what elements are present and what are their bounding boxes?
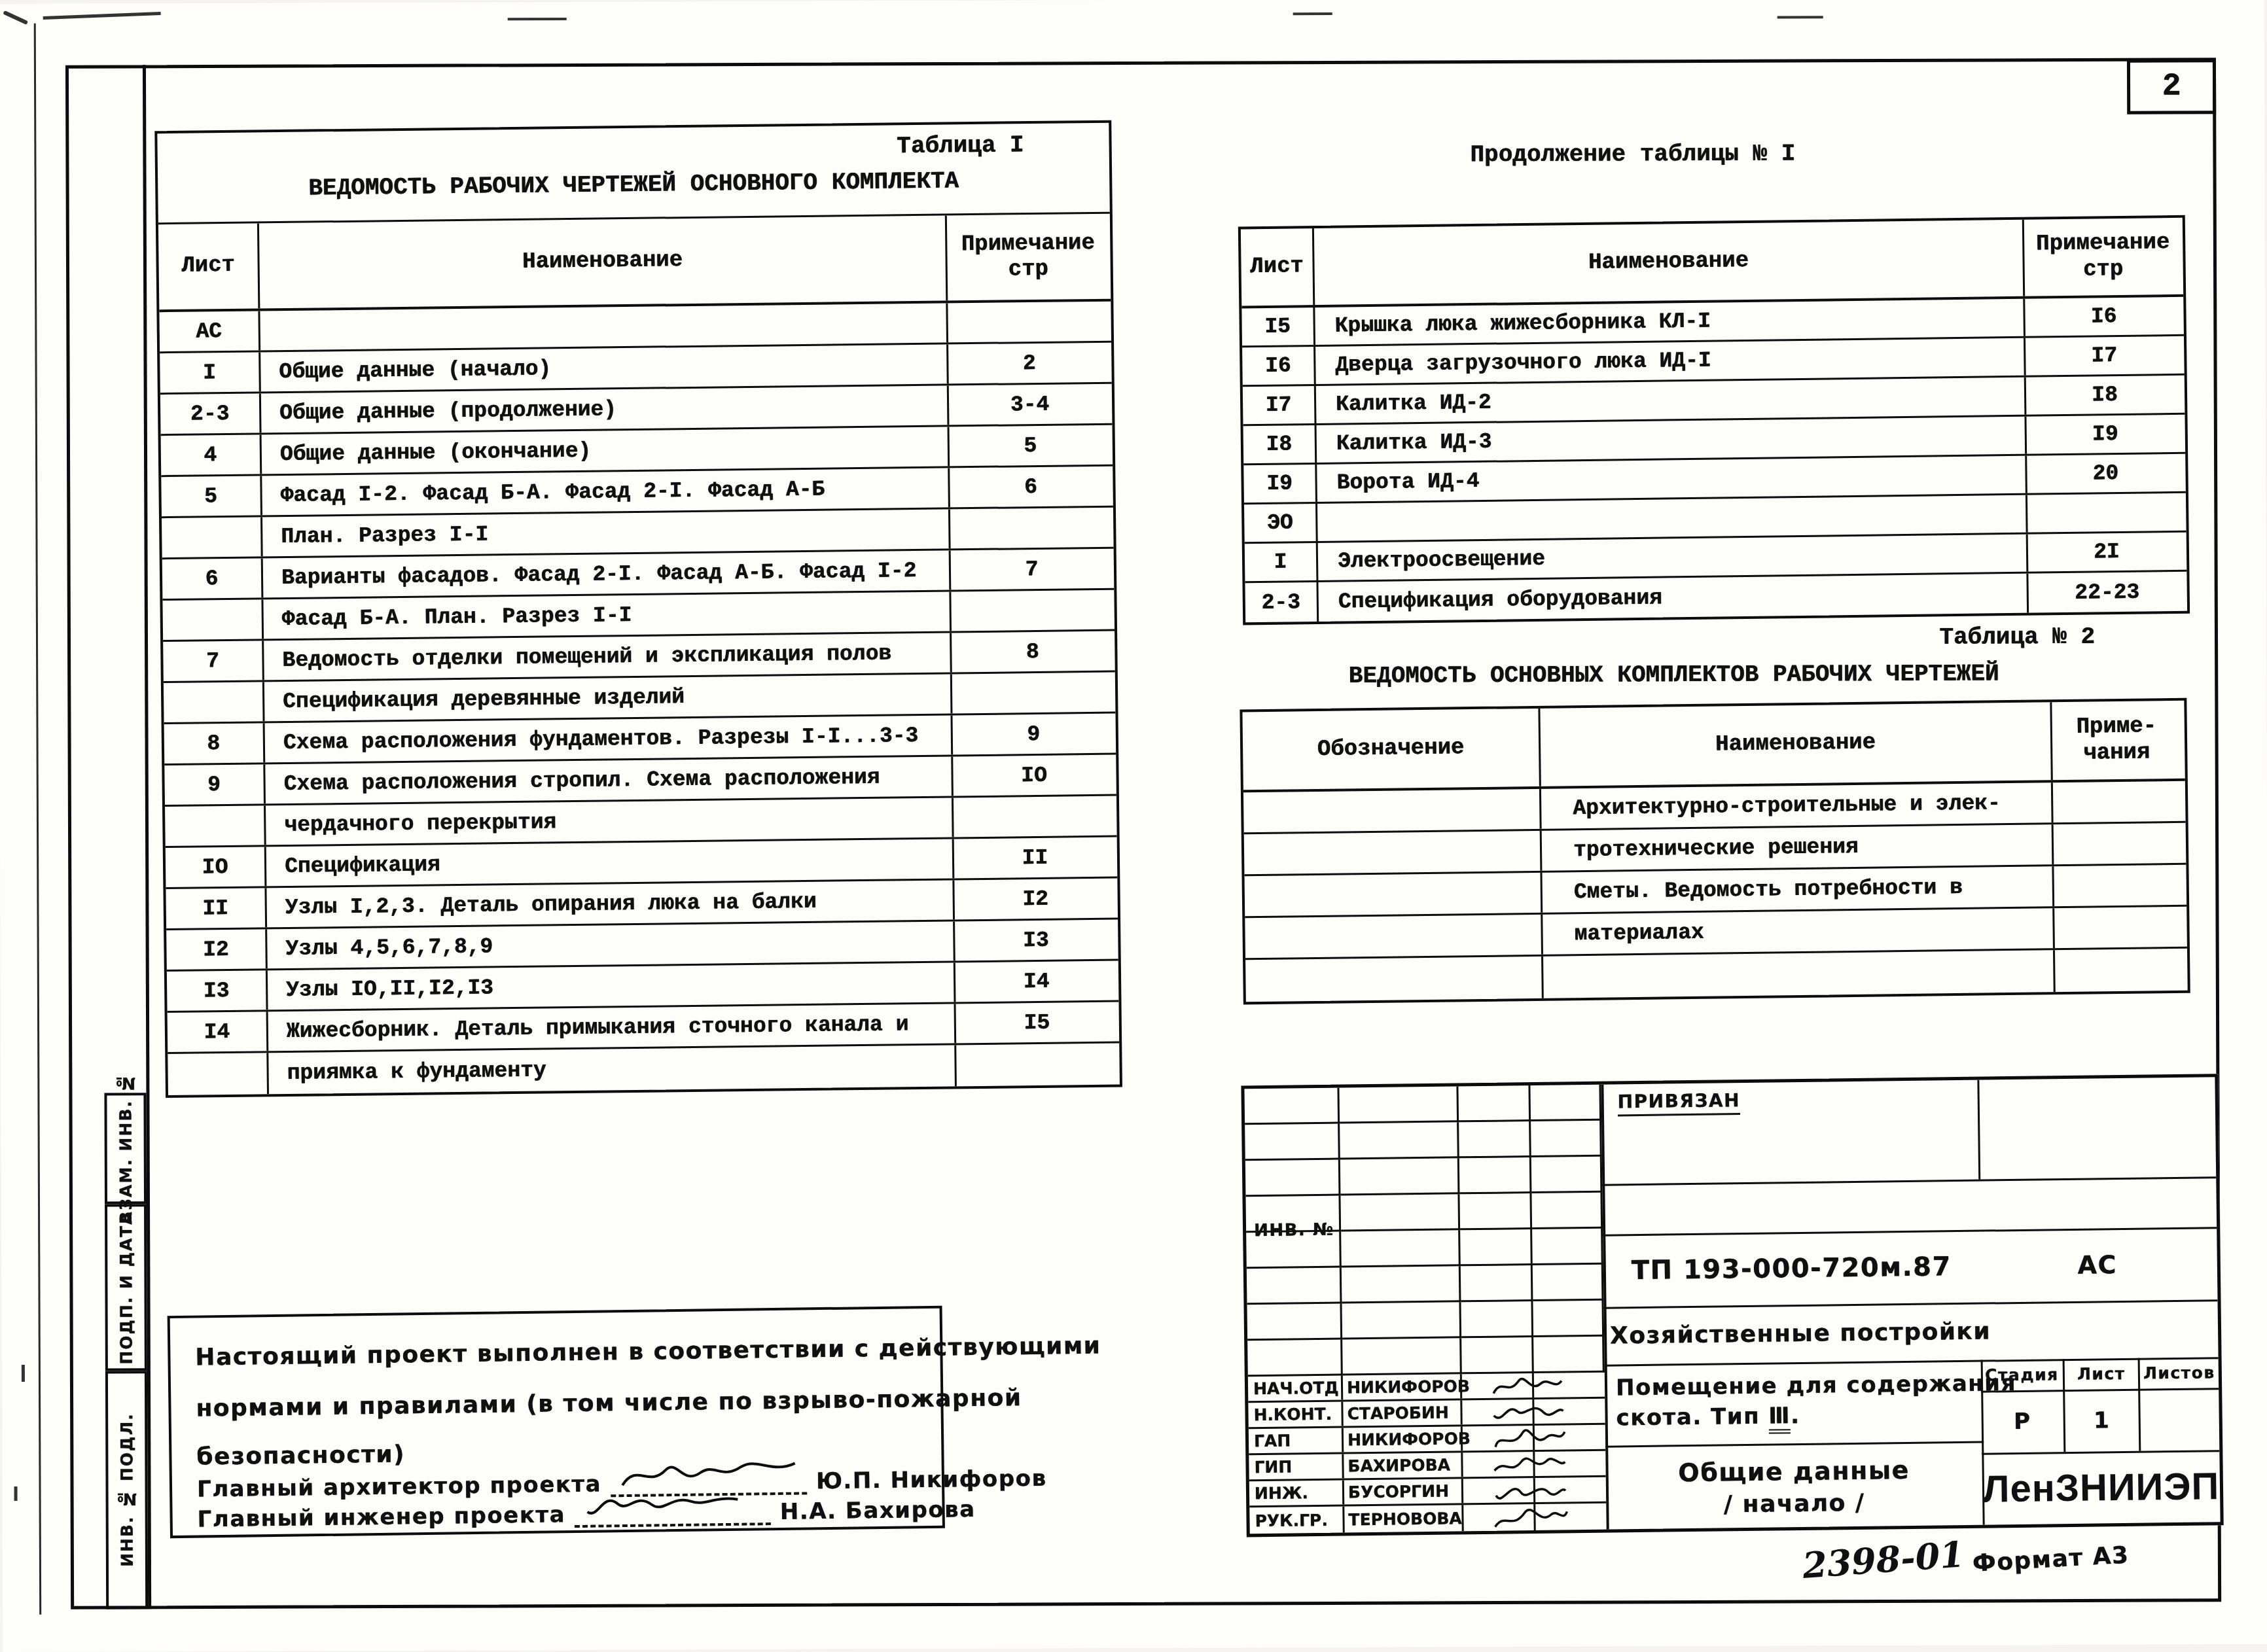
table-cell-name: БУСОРГИН <box>1344 1479 1463 1504</box>
column-header-note: Примечание стр <box>947 214 1109 301</box>
table1-continuation: Лист Наименование Примечание стр I5Крышк… <box>1238 215 2190 625</box>
table1-cont-body: I5Крышка люка жижесборника КЛ-II6I6Дверц… <box>1241 297 2187 623</box>
table-cell-name: НИКИФОРОВ <box>1344 1426 1463 1452</box>
table-cell-designation <box>1245 873 1543 917</box>
scan-artifact <box>508 18 567 20</box>
stage-header: Стадия <box>1981 1359 2063 1391</box>
table-cell-note: I2 <box>954 879 1116 920</box>
stamp-signature-table: НАЧ.ОТДНИКИФОРОВН.КОНТ.СТАРОБИНГАПНИКИФО… <box>1248 1373 1607 1534</box>
table-cell-note <box>2054 823 2183 864</box>
table-cell-name: Спецификация оборудования <box>1318 574 2029 622</box>
table1-caption-band: Таблица I ВЕДОМОСТЬ РАБОЧИХ ЧЕРТЕЖЕЙ ОСН… <box>157 123 1109 224</box>
table-cell-note: 5 <box>950 425 1112 466</box>
inventory-number-label: ИНВ. № <box>1254 1220 1334 1240</box>
column-header-designation: Обозначение <box>1242 709 1541 790</box>
table-cell-name: ТЕРНОВОВА <box>1344 1505 1463 1532</box>
signature-scribble <box>1464 1425 1595 1452</box>
table-cell-name: Спецификация <box>266 839 955 886</box>
table-cell-role: НАЧ.ОТД <box>1248 1376 1343 1401</box>
revision-grid-cell <box>1244 1088 1340 1125</box>
table2-caption: Таблица № 2 <box>1240 623 2187 653</box>
table-cell-name: Ведомость отделки помещений и экспликаци… <box>264 633 952 680</box>
column-header-sheet: Лист <box>1241 228 1315 306</box>
table-cell-note: 2I <box>2028 533 2186 572</box>
drawing-sheet: 2 ВЗАМ. ИНВ. № ПОДП. И ДАТА ИНВ. № ПОДЛ.… <box>0 0 2267 1648</box>
tied-label: ПРИВЯЗАН <box>1618 1089 1741 1116</box>
sheet-header: Лист <box>2065 1358 2139 1390</box>
table1-caption: Таблица I <box>897 132 1024 160</box>
table-cell-note: 8 <box>952 631 1114 673</box>
object-title-line2: скота. Тип Ⅲ. <box>1616 1403 1800 1431</box>
sidebar-label: ВЗАМ. ИНВ. № <box>116 1073 135 1224</box>
table-row: ИНЖ.БУСОРГИН <box>1249 1477 1606 1508</box>
table-cell-note <box>950 508 1113 549</box>
revision-grid-cell <box>1340 1194 1460 1231</box>
table-cell-sheet: ЭО <box>1244 504 1318 542</box>
revision-grid-cell <box>1530 1085 1601 1121</box>
page-number-box: 2 <box>2127 59 2216 114</box>
column-header-note-line1: Примечание <box>2036 230 2170 258</box>
sidebar-label: ИНВ. № ПОДЛ. <box>117 1413 137 1568</box>
table-cell-designation <box>1244 831 1543 875</box>
table-cell-note <box>2054 907 2183 948</box>
column-header-sheet: Лист <box>158 223 260 309</box>
project-note-block: Настоящий проект выполнен в соответствии… <box>168 1306 945 1538</box>
table-cell-sheet: 2-3 <box>160 393 262 434</box>
table-cell-note: 22-23 <box>2028 572 2186 613</box>
revision-grid-cell <box>1342 1266 1461 1303</box>
column-header-note-line2: стр <box>1008 257 1048 283</box>
revision-grid-cell <box>1339 1086 1459 1123</box>
revision-grid-cell <box>1531 1121 1602 1157</box>
organization-name: ЛенЗНИИЭП <box>1982 1450 2220 1524</box>
table-row: РУК.ГР.ТЕРНОВОВА <box>1249 1503 1606 1534</box>
signature-scribble <box>1465 1477 1596 1505</box>
table-cell-name: Фасад I-2. Фасад Б-А. Фасад 2-I. Фасад А… <box>262 468 950 515</box>
note-line: безопасности) <box>196 1441 405 1470</box>
revision-grid-cell <box>1533 1337 1605 1373</box>
table-cell-name: План. Разрез I-I <box>262 509 951 556</box>
table-cell-sheet: I2 <box>166 929 268 970</box>
table-cell-sheet: I8 <box>1243 425 1317 463</box>
table-cell-name <box>1543 950 2056 998</box>
revision-grid-cell <box>1247 1268 1342 1305</box>
table-cell-note <box>2053 781 2182 822</box>
revision-grid-cell <box>1531 1193 1603 1229</box>
revision-grid-cell <box>1461 1301 1533 1338</box>
table-cell-name: Общие данные (продолжение) <box>261 385 950 432</box>
table-cell-sheet: I9 <box>1243 465 1317 502</box>
revision-grid-cell <box>1459 1193 1532 1230</box>
table-cell-sheet: I5 <box>1241 308 1315 345</box>
revision-grid-cell <box>1342 1302 1461 1339</box>
table-cell-sig <box>1463 1478 1535 1503</box>
revision-grid-cell <box>1533 1301 1604 1337</box>
table-cell-sheet: I <box>1245 543 1319 581</box>
object-title-line1: Помещение для содержания <box>1616 1370 2016 1401</box>
table-cell-name: материалах <box>1543 908 2055 955</box>
object-title-line2-suffix: . <box>1791 1403 1800 1429</box>
table-cell-sheet: II <box>166 888 267 928</box>
table-cell-sheet: I3 <box>167 970 268 1011</box>
chief-engineer-name: Н.А. Бахирова <box>780 1496 976 1525</box>
table-cell-name: Общие данные (начало) <box>260 344 949 391</box>
table-cell-designation <box>1245 957 1544 1002</box>
chief-engineer-label: Главный инженер проекта <box>197 1502 565 1532</box>
column-header-note: Примечание стр <box>2024 218 2182 296</box>
table-cell-note: 7 <box>951 549 1113 590</box>
column-header-name: Наименование <box>1314 220 2025 305</box>
table2-title: ВЕДОМОСТЬ ОСНОВНЫХ КОМПЛЕКТОВ РАБОЧИХ ЧЕ… <box>1200 660 2147 690</box>
revision-grid-cell <box>1531 1157 1603 1193</box>
table-cell-name: Сметы. Ведомость потребности в <box>1542 866 2054 913</box>
column-header-name: Наименование <box>1540 702 2052 786</box>
signature-line <box>575 1496 772 1528</box>
revision-grid-cell <box>1461 1265 1533 1302</box>
revision-grid-cell <box>1245 1160 1341 1197</box>
table-cell-sheet: 2-3 <box>1245 582 1319 622</box>
table-cell-note: I9 <box>2026 415 2184 454</box>
table-cell-note: 9 <box>953 714 1115 755</box>
column-header-note-line1: Приме- <box>2076 714 2156 741</box>
table-cell-sheet: 8 <box>164 723 266 764</box>
table-cell-note: I5 <box>956 1002 1118 1044</box>
column-header-note-line2: стр <box>2083 256 2124 283</box>
stamp-divider <box>1602 1176 2216 1186</box>
table-cell-sheet <box>164 682 265 722</box>
table-cell-name: Электроосвещение <box>1318 535 2029 580</box>
revision-grid-cell <box>1533 1265 1604 1301</box>
table-cell-designation <box>1243 789 1542 833</box>
table-cell-name: Узлы I,2,3. Деталь опирания люка на балк… <box>266 880 955 927</box>
table-cell-name: Дверца загрузочного люка ИД-I <box>1315 338 2026 384</box>
table-cell-sheet: I6 <box>1242 347 1316 385</box>
table-cell-note <box>954 796 1116 837</box>
table-cell-note: I7 <box>2026 336 2183 376</box>
table1-cont-caption: Продолжение таблицы № I <box>1238 139 2185 169</box>
scan-artifact <box>1293 12 1332 15</box>
column-header-note: Приме- чания <box>2052 701 2181 780</box>
table-cell-sheet: I7 <box>1243 386 1317 424</box>
table-cell-note: 3-4 <box>949 384 1111 425</box>
table-row: ГИПБАХИРОВА <box>1249 1451 1605 1482</box>
table-cell-sheet <box>168 1053 269 1095</box>
table-cell-sheet: 5 <box>161 476 262 516</box>
table-cell-name: СТАРОБИН <box>1343 1400 1462 1426</box>
table-cell-name: БАХИРОВА <box>1344 1452 1463 1478</box>
table-cell-name: Узлы 4,5,6,7,8,9 <box>267 921 955 968</box>
table-cell-role: РУК.ГР. <box>1249 1507 1344 1534</box>
stamp-divider <box>1977 1080 1980 1180</box>
table-cell-note <box>2027 493 2185 533</box>
table-cell-name: Фасад Б-А. План. Разрез I-I <box>263 591 952 639</box>
column-header-note-line2: чания <box>2083 740 2151 766</box>
table-cell-note: I6 <box>2025 297 2183 336</box>
chief-architect-label: Главный архитектор проекта <box>197 1471 601 1502</box>
table2-header-row: Обозначение Наименование Приме- чания <box>1242 701 2185 793</box>
table-cell-name: Калитка ИД-3 <box>1317 417 2027 463</box>
table-cell-name: приямка к фундаменту <box>268 1045 957 1094</box>
table2-body: Архитектурно-строительные и элек-тротехн… <box>1243 781 2188 1002</box>
table-cell-role: ИНЖ. <box>1249 1481 1344 1506</box>
table-cell-sig <box>1463 1452 1535 1477</box>
table-cell-sheet: 4 <box>161 434 262 475</box>
table-cell-note: IO <box>953 755 1115 796</box>
table-cell-sheet: 9 <box>164 764 266 805</box>
table-cell-note: 2 <box>948 343 1111 384</box>
table1-body: АСIОбщие данные (начало)22-3Общие данные… <box>159 302 1119 1095</box>
scan-artifact <box>43 12 161 20</box>
table-cell-sheet: I4 <box>168 1011 269 1052</box>
signature-scribble <box>1464 1451 1595 1479</box>
table-cell-name: Спецификация деревянные изделий <box>264 674 953 721</box>
sheets-header: Листов <box>2140 1357 2219 1388</box>
sidebar-box-podp-data: ПОДП. И ДАТА <box>105 1204 147 1371</box>
table-cell-role: ГАП <box>1249 1428 1344 1454</box>
column-header-note-line1: Примечание <box>961 231 1095 258</box>
table2-main-sets: Обозначение Наименование Приме- чания Ар… <box>1240 698 2190 1005</box>
table-row: НАЧ.ОТДНИКИФОРОВ <box>1248 1373 1605 1403</box>
scan-artifact <box>22 1365 25 1382</box>
revision-grid-cell <box>1459 1157 1532 1194</box>
revision-grid-cell <box>1458 1085 1531 1122</box>
table-cell-name: Схема расположения стропил. Схема распол… <box>265 756 954 803</box>
table-cell-name: НИКИФОРОВ <box>1343 1374 1462 1399</box>
table-cell-name: Узлы IO,II,I2,I3 <box>268 962 956 1010</box>
revision-grid-cell <box>1459 1121 1531 1158</box>
page-number: 2 <box>2162 69 2181 104</box>
revision-grid-cell <box>1247 1340 1343 1377</box>
table-cell-note <box>951 590 1113 631</box>
revision-grid-cell <box>1461 1337 1534 1374</box>
revision-grid-cell <box>1245 1124 1340 1161</box>
sidebar-box-inv-podl: ИНВ. № ПОДЛ. <box>105 1371 148 1609</box>
sheets-value <box>2140 1388 2219 1450</box>
signature-scribble <box>1463 1399 1594 1426</box>
stage-value: Р <box>1981 1390 2063 1453</box>
table1-cont-header-row: Лист Наименование Примечание стр <box>1241 218 2183 309</box>
object-title-line2-prefix: скота. Тип <box>1616 1403 1768 1432</box>
table-cell-note: I8 <box>2026 376 2184 415</box>
table-cell-name: Ворота ИД-4 <box>1317 456 2027 502</box>
revision-grid-cell <box>1340 1158 1460 1195</box>
table-cell-note: 20 <box>2027 454 2185 493</box>
table-cell-note: I3 <box>955 920 1117 961</box>
table-cell-note: 6 <box>950 466 1112 508</box>
table-cell-sheet: 6 <box>162 558 264 599</box>
table-cell-sheet <box>162 517 263 557</box>
table-cell-name: Схема расположения фундаментов. Разрезы … <box>265 715 954 762</box>
revision-grid-cell <box>1340 1122 1459 1159</box>
document-code: ТП 193-000-720м.87 <box>1603 1230 1980 1307</box>
table1-title: ВЕДОМОСТЬ РАБОЧИХ ЧЕРТЕЖЕЙ ОСНОВНОГО КОМ… <box>158 166 1109 203</box>
table-cell-note <box>2055 949 2184 992</box>
table1-working-drawings: Таблица I ВЕДОМОСТЬ РАБОЧИХ ЧЕРТЕЖЕЙ ОСН… <box>154 120 1122 1098</box>
table-cell-name <box>260 303 948 350</box>
table-cell-name: Крышка люка жижесборника КЛ-I <box>1315 299 2026 345</box>
table-cell-note <box>2054 865 2183 906</box>
table-cell-name: тротехнические решения <box>1542 824 2054 871</box>
table-cell-note: II <box>954 837 1116 879</box>
signature-scribble <box>1463 1373 1594 1400</box>
table-cell-name: Жижесборник. Деталь примыкания сточного … <box>268 1004 957 1051</box>
table-cell-name <box>1317 495 2028 541</box>
table-cell-sheet <box>165 805 266 846</box>
page-edge-line <box>34 24 41 1615</box>
table1-header-row: Лист Наименование Примечание стр <box>158 214 1111 312</box>
table-cell-name: Калитка ИД-2 <box>1316 378 2027 423</box>
table-cell-sheet: I <box>160 352 261 393</box>
table-cell-name: чердачного перекрытия <box>266 798 954 845</box>
table-cell-sig <box>1463 1426 1535 1450</box>
table-cell-note <box>948 302 1110 343</box>
table-cell-sheet <box>162 599 264 640</box>
revision-grid-cell <box>1341 1230 1461 1267</box>
table-cell-note <box>952 673 1115 714</box>
revision-grid-cell <box>1460 1229 1533 1266</box>
revision-grid-cell <box>1247 1304 1342 1341</box>
sheet-value: 1 <box>2065 1389 2139 1452</box>
object-title-roman: Ⅲ <box>1768 1403 1791 1433</box>
table-cell-role: Н.КОНТ. <box>1248 1402 1343 1428</box>
project-title: Хозяйственные постройки <box>1604 1302 1997 1364</box>
sidebar-box-vzam-inv: ВЗАМ. ИНВ. № <box>104 1093 147 1204</box>
sheet-title-line2: / начало / <box>1606 1483 1983 1524</box>
scan-artifact <box>1777 16 1823 18</box>
revision-grid-cell <box>1532 1229 1603 1265</box>
table-row: Н.КОНТ.СТАРОБИН <box>1248 1399 1605 1430</box>
note-line: нормами и правилами (в том числе по взры… <box>196 1384 1022 1422</box>
table-cell-note <box>956 1044 1118 1087</box>
table-cell-sheet: 7 <box>163 641 264 681</box>
scan-artifact <box>14 1486 18 1501</box>
set-code: АС <box>2025 1227 2169 1302</box>
title-block: ИНВ. № НАЧ.ОТДНИКИФОРОВН.КОНТ.СТАРОБИНГА… <box>1241 1074 2223 1537</box>
signature-scribble <box>580 1487 764 1524</box>
table-row: ГАПНИКИФОРОВ <box>1249 1425 1605 1456</box>
chief-architect-name: Ю.П. Никифоров <box>816 1466 1047 1495</box>
table-cell-sheet: АС <box>159 311 260 351</box>
revision-grid-cell <box>1342 1338 1462 1375</box>
table-cell-name: Варианты фасадов. Фасад 2-I. Фасад А-Б. … <box>263 550 952 597</box>
table-cell-sheet: IO <box>166 847 267 887</box>
column-header-name: Наименование <box>259 215 948 308</box>
signature-scribble <box>1465 1503 1596 1531</box>
table-cell-name: Архитектурно-строительные и элек- <box>1541 782 2054 829</box>
sidebar-label: ПОДП. И ДАТА <box>116 1210 136 1364</box>
scan-artifact <box>3 10 28 25</box>
table-cell-name: Общие данные (окончание) <box>262 427 950 474</box>
table-cell-role: ГИП <box>1249 1454 1344 1480</box>
table-cell-sig <box>1462 1373 1534 1398</box>
table-cell-note: I4 <box>955 961 1118 1002</box>
table-cell-sig <box>1463 1504 1535 1531</box>
table-cell-sig <box>1462 1399 1534 1424</box>
table-cell-designation <box>1245 915 1543 958</box>
